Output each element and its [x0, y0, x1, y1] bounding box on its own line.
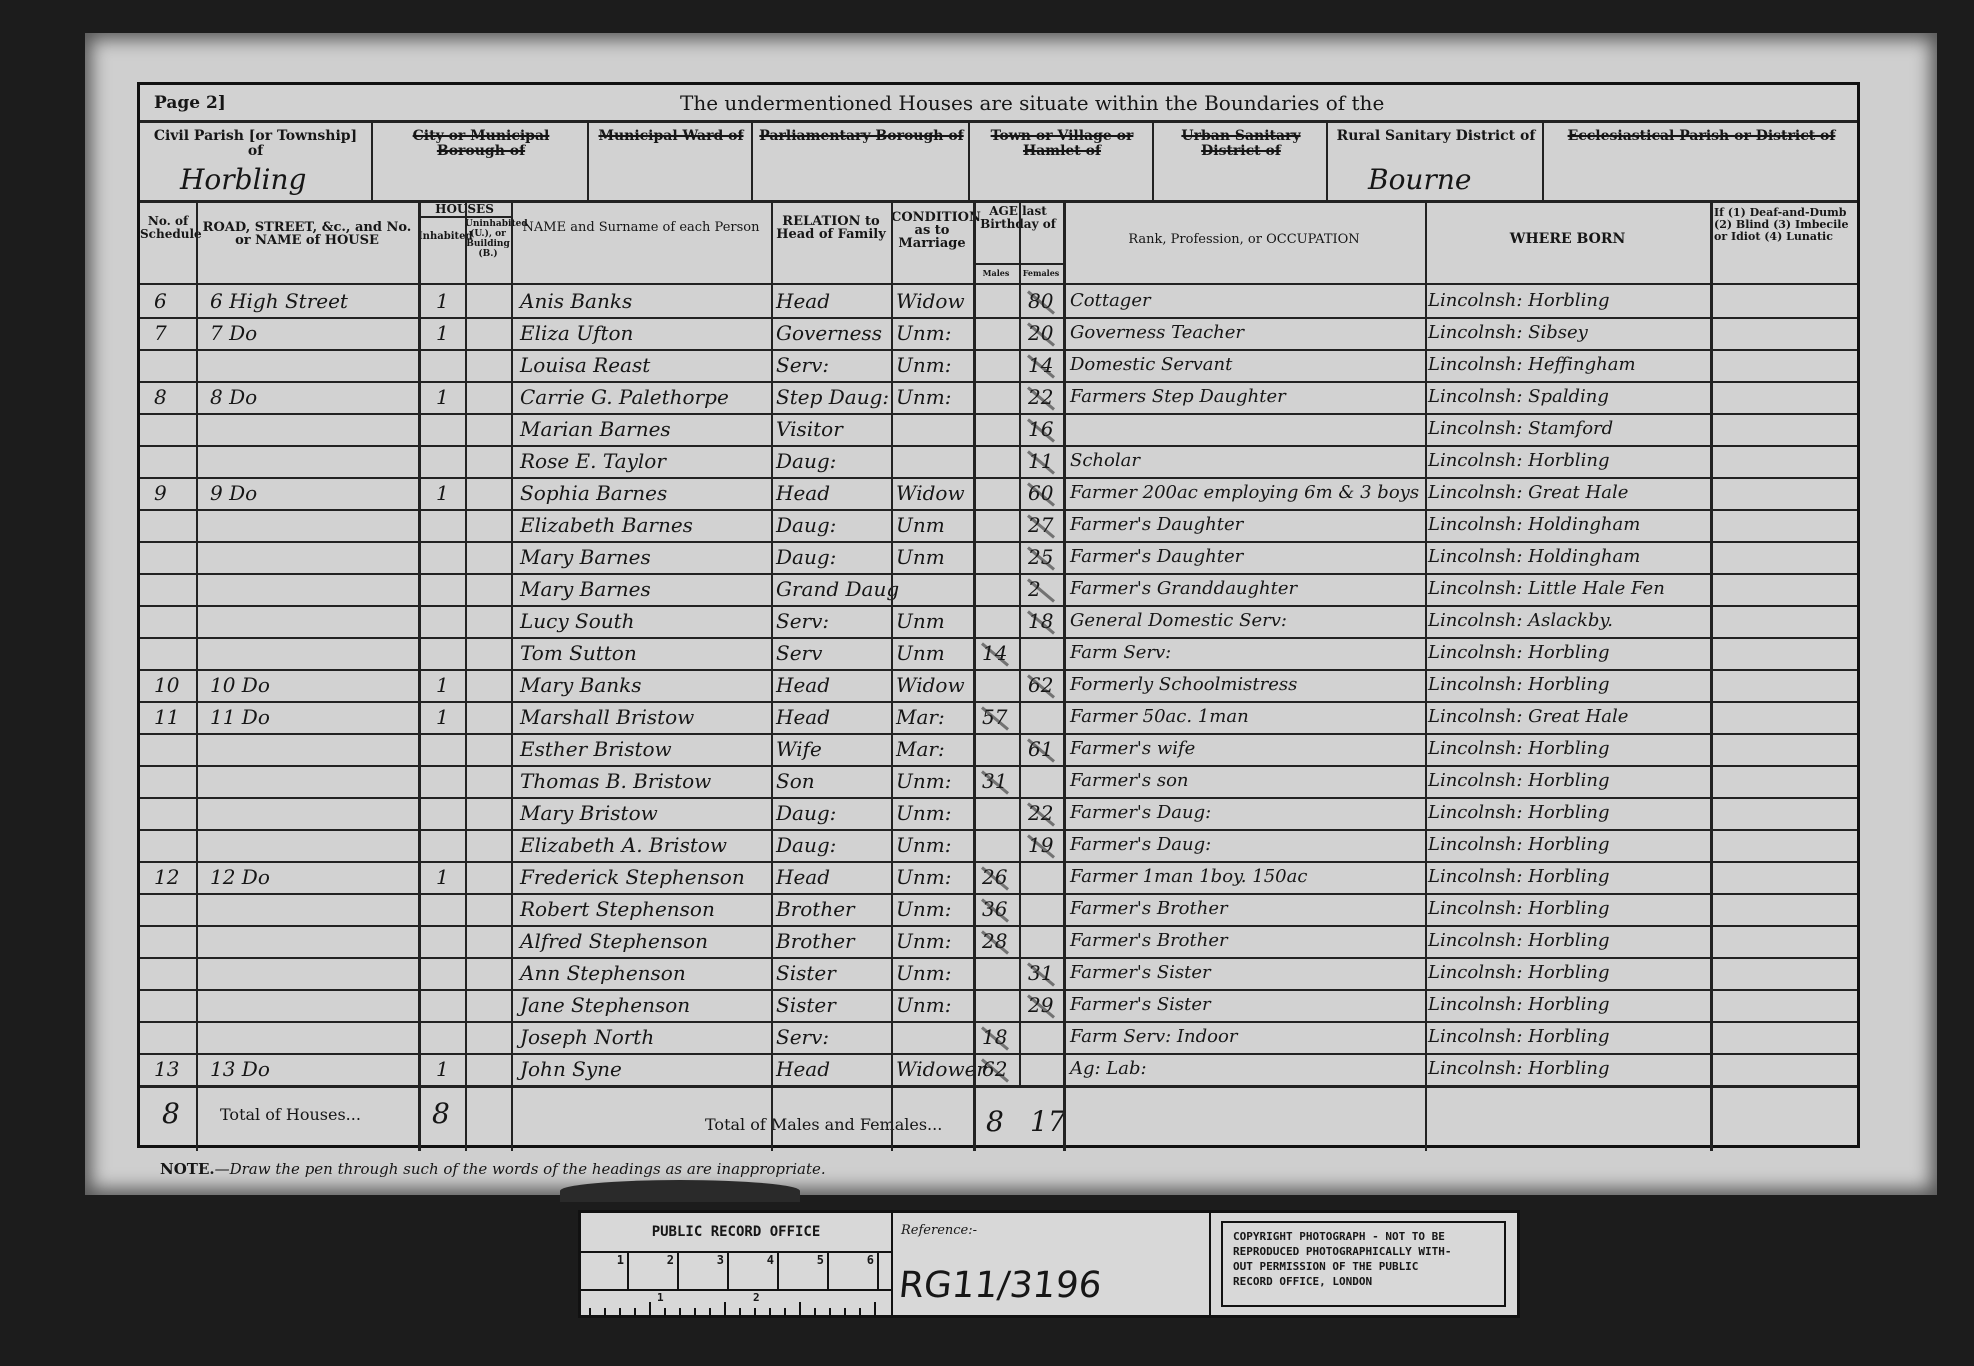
- table-row: Rose E. TaylorDaug:11ScholarLincolnsh: H…: [140, 445, 1857, 477]
- occupation-cell: Farmer 50ac. 1man: [1070, 701, 1249, 733]
- location-header-row: Civil Parish [or Township] ofHorblingCit…: [140, 123, 1857, 200]
- table-row: Lucy SouthServ:Unm18General Domestic Ser…: [140, 605, 1857, 637]
- occupation-cell: Formerly Schoolmistress: [1070, 669, 1297, 701]
- relation-cell: Grand Daug: [776, 573, 899, 605]
- schedule-cell: 6: [154, 285, 167, 317]
- condition-cell: Unm:: [896, 829, 951, 861]
- relation-cell: Head: [776, 669, 830, 701]
- relation-cell: Wife: [776, 733, 822, 765]
- where-born-cell: Lincolnsh: Horbling: [1428, 797, 1609, 829]
- column-divider: [465, 203, 467, 1151]
- total-schedules: 8: [162, 1097, 180, 1130]
- condition-cell: Unm: [896, 541, 945, 573]
- inhabited-cell: 1: [436, 381, 449, 413]
- copyright-line: COPYRIGHT PHOTOGRAPH - NOT TO BE: [1233, 1229, 1494, 1244]
- page-label: Page 2]: [154, 93, 226, 113]
- where-born-cell: Lincolnsh: Heffingham: [1428, 349, 1636, 381]
- where-born-cell: Lincolnsh: Great Hale: [1428, 477, 1628, 509]
- scale-tick: [679, 1308, 681, 1318]
- inch-mark: 3: [681, 1253, 729, 1289]
- where-born-cell: Lincolnsh: Horbling: [1428, 957, 1609, 989]
- relation-cell: Daug:: [776, 829, 836, 861]
- location-field-4: Parliamentary Borough of: [751, 123, 970, 200]
- condition-cell: Widow: [896, 285, 965, 317]
- where-born-cell: Lincolnsh: Horbling: [1428, 637, 1609, 669]
- road-cell: 12 Do: [210, 861, 270, 893]
- inhabited-cell: 1: [436, 861, 449, 893]
- table-row: Marian BarnesVisitor16Lincolnsh: Stamfor…: [140, 413, 1857, 445]
- condition-cell: Mar:: [896, 701, 945, 733]
- scale-tick: [844, 1308, 846, 1318]
- road-cell: 13 Do: [210, 1053, 270, 1085]
- table-row: 1111 Do1Marshall BristowHeadMar:57Farmer…: [140, 701, 1857, 733]
- table-row: Robert StephensonBrotherUnm:36Farmer's B…: [140, 893, 1857, 925]
- name-cell: Esther Bristow: [520, 733, 672, 765]
- where-born-cell: Lincolnsh: Horbling: [1428, 893, 1609, 925]
- location-label: Civil Parish [or Township] of: [144, 129, 367, 159]
- column-divider: [511, 203, 513, 1151]
- name-cell: Mary Barnes: [520, 541, 651, 573]
- condition-cell: Unm: [896, 509, 945, 541]
- relation-cell: Head: [776, 477, 830, 509]
- scale-tick: [634, 1308, 636, 1318]
- relation-cell: Daug:: [776, 445, 836, 477]
- column-divider: [973, 203, 976, 1151]
- condition-cell: Unm:: [896, 925, 951, 957]
- where-born-cell: Lincolnsh: Horbling: [1428, 285, 1609, 317]
- name-cell: Mary Barnes: [520, 573, 651, 605]
- where-born-cell: Lincolnsh: Horbling: [1428, 765, 1609, 797]
- scale-tick: [784, 1308, 786, 1318]
- name-cell: Alfred Stephenson: [520, 925, 708, 957]
- where-born-cell: Lincolnsh: Horbling: [1428, 669, 1609, 701]
- page-shadow: [560, 1180, 800, 1202]
- copyright-notice: COPYRIGHT PHOTOGRAPH - NOT TO BEREPRODUC…: [1221, 1221, 1506, 1307]
- scale-tick: [694, 1308, 696, 1318]
- table-row: Elizabeth A. BristowDaug:Unm:19Farmer's …: [140, 829, 1857, 861]
- total-persons-label: Total of Males and Females...: [705, 1115, 942, 1134]
- census-form: Page 2] The undermentioned Houses are si…: [137, 82, 1860, 1148]
- table-row: 1313 Do1John SyneHeadWidower62Ag: Lab:Li…: [140, 1053, 1857, 1085]
- condition-cell: Unm:: [896, 957, 951, 989]
- occupation-cell: Farmer 1man 1boy. 150ac: [1070, 861, 1307, 893]
- cm-scale: 12: [581, 1291, 893, 1318]
- occupation-cell: Farm Serv:: [1070, 637, 1171, 669]
- scale-tick: [799, 1302, 801, 1318]
- where-born-cell: Lincolnsh: Horbling: [1428, 829, 1609, 861]
- occupation-cell: Cottager: [1070, 285, 1151, 317]
- condition-cell: Mar:: [896, 733, 945, 765]
- scale-tick: [664, 1308, 666, 1318]
- inhabited-cell: 1: [436, 317, 449, 349]
- name-cell: Joseph North: [520, 1021, 654, 1053]
- scale-tick: [604, 1308, 606, 1318]
- column-divider: [196, 203, 198, 1151]
- inhabited-cell: 1: [436, 1053, 449, 1085]
- scale-tick: [739, 1308, 741, 1318]
- cm-mark: 2: [753, 1291, 760, 1304]
- col-where-born: WHERE BORN: [1425, 233, 1710, 246]
- location-field-2: City or Municipal Borough of: [371, 123, 589, 200]
- scale-tick: [769, 1308, 771, 1318]
- location-value: Bourne: [1368, 163, 1471, 196]
- column-divider: [771, 203, 773, 1151]
- name-cell: Tom Sutton: [520, 637, 637, 669]
- inch-mark: 5: [781, 1253, 829, 1289]
- relation-cell: Visitor: [776, 413, 843, 445]
- location-field-3: Municipal Ward of: [587, 123, 753, 200]
- relation-cell: Serv:: [776, 349, 829, 381]
- condition-cell: Unm:: [896, 989, 951, 1021]
- condition-cell: Unm: [896, 605, 945, 637]
- name-cell: John Syne: [520, 1053, 622, 1085]
- reference-label: Reference:-: [901, 1223, 977, 1238]
- scale-tick: [589, 1308, 591, 1318]
- row-divider: [140, 317, 1857, 319]
- table-row: Jane StephensonSisterUnm:29Farmer's Sist…: [140, 989, 1857, 1021]
- occupation-cell: Farmer's wife: [1070, 733, 1195, 765]
- location-label: Town or Village or Hamlet of: [974, 129, 1150, 159]
- census-table-body: 66 High Street1Anis BanksHeadWidow80Cott…: [140, 285, 1857, 1085]
- road-cell: 8 Do: [210, 381, 257, 413]
- relation-cell: Daug:: [776, 797, 836, 829]
- location-label: Rural Sanitary District of: [1332, 129, 1540, 144]
- column-divider: [1063, 203, 1066, 1151]
- table-row: 77 Do1Eliza UftonGovernessUnm:20Governes…: [140, 317, 1857, 349]
- name-cell: Rose E. Taylor: [520, 445, 666, 477]
- col-age: AGE last Birthday of: [973, 205, 1063, 231]
- table-row: Mary BristowDaug:Unm:22Farmer's Daug:Lin…: [140, 797, 1857, 829]
- table-row: Ann StephensonSisterUnm:31Farmer's Siste…: [140, 957, 1857, 989]
- name-cell: Elizabeth A. Bristow: [520, 829, 727, 861]
- occupation-cell: Farmer 200ac employing 6m & 3 boys: [1070, 477, 1419, 509]
- name-cell: Marian Barnes: [520, 413, 671, 445]
- schedule-cell: 7: [154, 317, 167, 349]
- name-cell: Mary Bristow: [520, 797, 658, 829]
- location-label: Urban Sanitary District of: [1158, 129, 1324, 159]
- divider: [1209, 1213, 1211, 1315]
- col-occupation: Rank, Profession, or OCCUPATION: [1063, 233, 1425, 246]
- name-cell: Carrie G. Palethorpe: [520, 381, 729, 413]
- relation-cell: Serv:: [776, 605, 829, 637]
- condition-cell: Unm:: [896, 893, 951, 925]
- where-born-cell: Lincolnsh: Horbling: [1428, 989, 1609, 1021]
- location-field-5: Town or Village or Hamlet of: [968, 123, 1154, 200]
- scale-tick: [724, 1302, 726, 1318]
- where-born-cell: Lincolnsh: Horbling: [1428, 861, 1609, 893]
- occupation-cell: Ag: Lab:: [1070, 1053, 1147, 1085]
- divider: [973, 263, 1063, 265]
- road-cell: 11 Do: [210, 701, 270, 733]
- table-row: Mary BarnesGrand Daug2Farmer's Granddaug…: [140, 573, 1857, 605]
- occupation-cell: Farmer's Daug:: [1070, 797, 1211, 829]
- occupation-cell: General Domestic Serv:: [1070, 605, 1287, 637]
- where-born-cell: Lincolnsh: Horbling: [1428, 1053, 1609, 1085]
- road-cell: 7 Do: [210, 317, 257, 349]
- table-row: Tom SuttonServUnm14Farm Serv:Lincolnsh: …: [140, 637, 1857, 669]
- relation-cell: Serv: [776, 637, 822, 669]
- table-row: Alfred StephensonBrotherUnm:28Farmer's B…: [140, 925, 1857, 957]
- name-cell: Louisa Reast: [520, 349, 650, 381]
- location-label: City or Municipal Borough of: [377, 129, 585, 159]
- name-cell: Robert Stephenson: [520, 893, 715, 925]
- where-born-cell: Lincolnsh: Sibsey: [1428, 317, 1588, 349]
- relation-cell: Governess: [776, 317, 882, 349]
- relation-cell: Head: [776, 285, 830, 317]
- table-row: 1010 Do1Mary BanksHeadWidow62Formerly Sc…: [140, 669, 1857, 701]
- occupation-cell: Governess Teacher: [1070, 317, 1244, 349]
- occupation-cell: Farmer's Daughter: [1070, 541, 1243, 573]
- inhabited-cell: 1: [436, 285, 449, 317]
- table-row: Elizabeth BarnesDaug:Unm27Farmer's Daugh…: [140, 509, 1857, 541]
- where-born-cell: Lincolnsh: Holdingham: [1428, 541, 1640, 573]
- occupation-cell: Farmers Step Daughter: [1070, 381, 1286, 413]
- column-divider: [891, 203, 893, 1151]
- condition-cell: Unm:: [896, 381, 951, 413]
- page-title: The undermentioned Houses are situate wi…: [680, 91, 1384, 115]
- location-field-8: Ecclesiastical Parish or District of: [1542, 123, 1859, 200]
- occupation-cell: Farmer's son: [1070, 765, 1189, 797]
- reference-value: RG11/3196: [897, 1265, 1104, 1306]
- column-divider: [1425, 203, 1427, 1151]
- road-cell: 10 Do: [210, 669, 270, 701]
- relation-cell: Head: [776, 861, 830, 893]
- occupation-cell: Farm Serv: Indoor: [1070, 1021, 1237, 1053]
- table-row: 66 High Street1Anis BanksHeadWidow80Cott…: [140, 285, 1857, 317]
- condition-cell: Widow: [896, 669, 965, 701]
- schedule-cell: 11: [154, 701, 179, 733]
- name-cell: Thomas B. Bristow: [520, 765, 711, 797]
- condition-cell: Unm:: [896, 317, 951, 349]
- condition-cell: Unm:: [896, 765, 951, 797]
- schedule-cell: 8: [154, 381, 167, 413]
- relation-cell: Serv:: [776, 1021, 829, 1053]
- inhabited-cell: 1: [436, 477, 449, 509]
- cm-mark: 1: [657, 1291, 664, 1304]
- copyright-line: OUT PERMISSION OF THE PUBLIC: [1233, 1259, 1494, 1274]
- relation-cell: Daug:: [776, 509, 836, 541]
- office-label: PUBLIC RECORD OFFICE: [581, 1213, 893, 1253]
- occupation-cell: Domestic Servant: [1070, 349, 1232, 381]
- where-born-cell: Lincolnsh: Horbling: [1428, 925, 1609, 957]
- col-relation: RELATION to Head of Family: [771, 215, 891, 241]
- condition-cell: Unm:: [896, 797, 951, 829]
- location-field-1: Civil Parish [or Township] ofHorbling: [140, 123, 371, 200]
- where-born-cell: Lincolnsh: Great Hale: [1428, 701, 1628, 733]
- condition-cell: Unm:: [896, 861, 951, 893]
- name-cell: Jane Stephenson: [520, 989, 690, 1021]
- occupation-cell: Farmer's Sister: [1070, 989, 1211, 1021]
- where-born-cell: Lincolnsh: Aslackby.: [1428, 605, 1613, 637]
- name-cell: Mary Banks: [520, 669, 642, 701]
- relation-cell: Daug:: [776, 541, 836, 573]
- table-row: Joseph NorthServ:18Farm Serv: IndoorLinc…: [140, 1021, 1857, 1053]
- location-value: Horbling: [180, 163, 306, 196]
- column-header-row: No. of Schedule ROAD, STREET, &c., and N…: [140, 203, 1857, 283]
- occupation-cell: Farmer's Sister: [1070, 957, 1211, 989]
- inch-scale: 123456: [581, 1253, 893, 1291]
- where-born-cell: Lincolnsh: Horbling: [1428, 1021, 1609, 1053]
- relation-cell: Sister: [776, 957, 836, 989]
- copyright-line: REPRODUCED PHOTOGRAPHICALLY WITH-: [1233, 1244, 1494, 1259]
- table-row: Louisa ReastServ:Unm:14Domestic ServantL…: [140, 349, 1857, 381]
- scale-tick: [649, 1302, 651, 1318]
- note-prefix: NOTE.: [160, 1160, 215, 1178]
- location-label: Municipal Ward of: [593, 129, 749, 144]
- name-cell: Lucy South: [520, 605, 635, 637]
- note-text: —Draw the pen through such of the words …: [215, 1160, 826, 1178]
- divider: [140, 1085, 1857, 1088]
- location-label: Ecclesiastical Parish or District of: [1548, 129, 1855, 144]
- inch-mark: 6: [831, 1253, 879, 1289]
- total-houses-value: 8: [432, 1097, 450, 1130]
- inch-mark: 2: [631, 1253, 679, 1289]
- copyright-line: RECORD OFFICE, LONDON: [1233, 1274, 1494, 1289]
- table-row: 1212 Do1Frederick StephensonHeadUnm:26Fa…: [140, 861, 1857, 893]
- location-field-7: Rural Sanitary District ofBourne: [1326, 123, 1544, 200]
- scale-tick: [619, 1308, 621, 1318]
- location-field-6: Urban Sanitary District of: [1152, 123, 1328, 200]
- condition-cell: Unm:: [896, 349, 951, 381]
- col-uninhabited: Uninhabited (U.), or Building (B.): [465, 219, 511, 259]
- road-cell: 9 Do: [210, 477, 257, 509]
- scale-tick: [814, 1308, 816, 1318]
- occupation-cell: Farmer's Daug:: [1070, 829, 1211, 861]
- relation-cell: Son: [776, 765, 815, 797]
- schedule-cell: 13: [154, 1053, 179, 1085]
- schedule-cell: 12: [154, 861, 179, 893]
- col-road: ROAD, STREET, &c., and No. or NAME of HO…: [196, 221, 418, 247]
- col-females: Females: [1019, 267, 1063, 280]
- name-cell: Ann Stephenson: [520, 957, 686, 989]
- scale-tick: [709, 1308, 711, 1318]
- note: NOTE.—Draw the pen through such of the w…: [160, 1160, 826, 1178]
- inch-mark: 4: [731, 1253, 779, 1289]
- scale-tick: [829, 1308, 831, 1318]
- col-schedule: No. of Schedule: [140, 215, 196, 241]
- where-born-cell: Lincolnsh: Spalding: [1428, 381, 1609, 413]
- table-row: Mary BarnesDaug:Unm25Farmer's DaughterLi…: [140, 541, 1857, 573]
- where-born-cell: Lincolnsh: Little Hale Fen: [1428, 573, 1665, 605]
- relation-cell: Step Daug:: [776, 381, 889, 413]
- relation-cell: Brother: [776, 925, 855, 957]
- col-condition: CONDITION as to Marriage: [891, 211, 973, 250]
- road-cell: 6 High Street: [210, 285, 348, 317]
- col-name: NAME and Surname of each Person: [511, 221, 771, 234]
- table-row: 99 Do1Sophia BarnesHeadWidow60Farmer 200…: [140, 477, 1857, 509]
- col-inhabited: Inhabited: [418, 231, 464, 242]
- occupation-cell: Farmer's Granddaughter: [1070, 573, 1297, 605]
- total-houses-label: Total of Houses...: [220, 1105, 361, 1124]
- column-divider: [1019, 203, 1021, 1085]
- column-divider: [1710, 203, 1713, 1151]
- condition-cell: Unm: [896, 637, 945, 669]
- name-cell: Marshall Bristow: [520, 701, 694, 733]
- location-label: Parliamentary Borough of: [757, 129, 966, 144]
- occupation-cell: Farmer's Daughter: [1070, 509, 1243, 541]
- schedule-cell: 9: [154, 477, 167, 509]
- where-born-cell: Lincolnsh: Horbling: [1428, 733, 1609, 765]
- where-born-cell: Lincolnsh: Horbling: [1428, 445, 1609, 477]
- name-cell: Frederick Stephenson: [520, 861, 745, 893]
- table-row: Thomas B. BristowSonUnm:31Farmer's sonLi…: [140, 765, 1857, 797]
- scale-tick: [859, 1308, 861, 1318]
- where-born-cell: Lincolnsh: Stamford: [1428, 413, 1613, 445]
- inhabited-cell: 1: [436, 701, 449, 733]
- col-infirmity: If (1) Deaf-and-Dumb (2) Blind (3) Imbec…: [1714, 207, 1854, 243]
- reference-box: PUBLIC RECORD OFFICE 123456 12 Reference…: [578, 1210, 1520, 1318]
- scale-tick: [874, 1302, 876, 1318]
- occupation-cell: Farmer's Brother: [1070, 893, 1228, 925]
- name-cell: Anis Banks: [520, 285, 632, 317]
- relation-cell: Brother: [776, 893, 855, 925]
- inch-mark: 1: [581, 1253, 629, 1289]
- occupation-cell: Farmer's Brother: [1070, 925, 1228, 957]
- total-females: 17: [1030, 1105, 1066, 1138]
- table-row: Esther BristowWifeMar:61Farmer's wifeLin…: [140, 733, 1857, 765]
- where-born-cell: Lincolnsh: Holdingham: [1428, 509, 1640, 541]
- table-row: 88 Do1Carrie G. PalethorpeStep Daug:Unm:…: [140, 381, 1857, 413]
- total-males: 8: [986, 1105, 1004, 1138]
- occupation-cell: Scholar: [1070, 445, 1140, 477]
- relation-cell: Sister: [776, 989, 836, 1021]
- inhabited-cell: 1: [436, 669, 449, 701]
- relation-cell: Head: [776, 701, 830, 733]
- column-divider: [418, 203, 421, 1151]
- schedule-cell: 10: [154, 669, 179, 701]
- condition-cell: Widow: [896, 477, 965, 509]
- name-cell: Eliza Ufton: [520, 317, 633, 349]
- name-cell: Sophia Barnes: [520, 477, 667, 509]
- name-cell: Elizabeth Barnes: [520, 509, 693, 541]
- scale-tick: [754, 1308, 756, 1318]
- col-males: Males: [973, 267, 1019, 280]
- relation-cell: Head: [776, 1053, 830, 1085]
